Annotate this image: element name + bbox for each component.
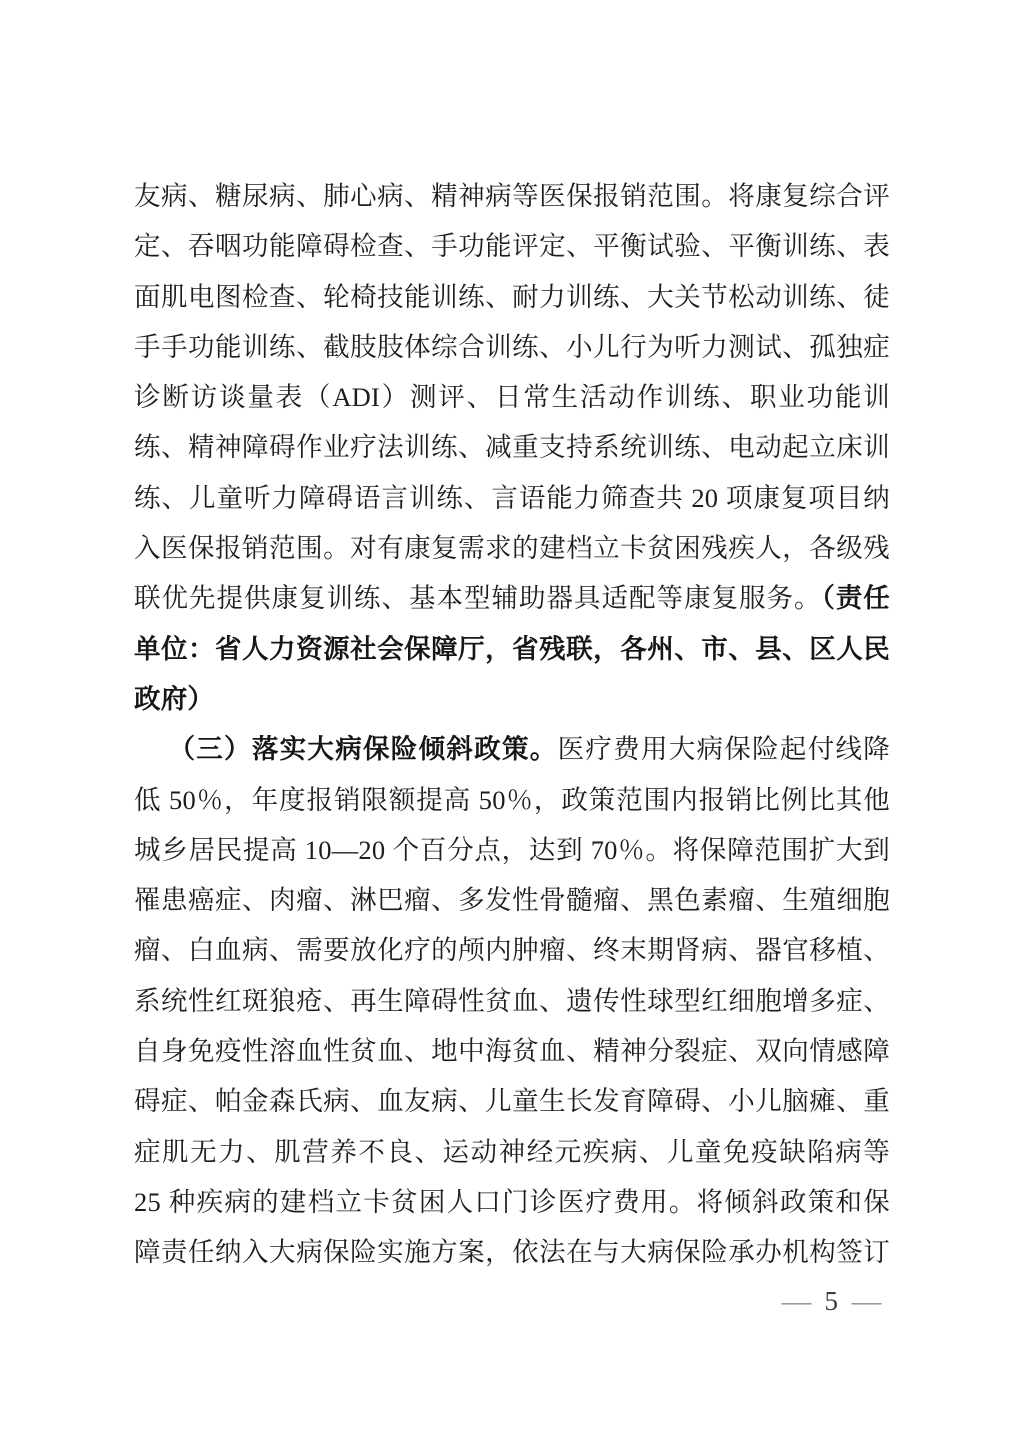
line-text-emphasis: 单位：省人力资源社会保障厅，省残联，各州、市、县、区人民 bbox=[134, 634, 890, 664]
text-line: 瘤、白血病、需要放化疗的颅内肿瘤、终末期肾病、器官移植、 bbox=[134, 925, 890, 975]
text-line: 碍症、帕金森氏病、血友病、儿童生长发育障碍、小儿脑瘫、重 bbox=[134, 1076, 890, 1126]
page-footer: — 5 — bbox=[0, 1286, 1024, 1317]
line-text: 联优先提供康复训练、基本型辅助器具适配等康复服务。 bbox=[134, 583, 822, 613]
text-line-section-heading: （三）落实大病保险倾斜政策。医疗费用大病保险起付线降 bbox=[134, 724, 890, 774]
text-line: 政府） bbox=[134, 674, 890, 724]
text-line: 练、儿童听力障碍语言训练、言语能力筛查共 20 项康复项目纳 bbox=[134, 473, 890, 523]
document-page: 友病、糖尿病、肺心病、精神病等医保报销范围。将康复综合评 定、吞咽功能障碍检查、… bbox=[0, 0, 1024, 1448]
line-text: 碍症、帕金森氏病、血友病、儿童生长发育障碍、小儿脑瘫、重 bbox=[134, 1086, 890, 1116]
text-line: 面肌电图检查、轮椅技能训练、耐力训练、大关节松动训练、徒 bbox=[134, 272, 890, 322]
text-line: 友病、糖尿病、肺心病、精神病等医保报销范围。将康复综合评 bbox=[134, 171, 890, 221]
section-heading-text: （三）落实大病保险倾斜政策。 bbox=[168, 734, 557, 764]
line-text: 25 种疾病的建档立卡贫困人口门诊医疗费用。将倾斜政策和保 bbox=[134, 1187, 890, 1217]
text-line: 联优先提供康复训练、基本型辅助器具适配等康复服务。（责任 bbox=[134, 573, 890, 623]
footer-dash-right: — bbox=[852, 1286, 882, 1317]
text-line: 罹患癌症、肉瘤、淋巴瘤、多发性骨髓瘤、黑色素瘤、生殖细胞 bbox=[134, 875, 890, 925]
text-line: 练、精神障碍作业疗法训练、减重支持系统训练、电动起立床训 bbox=[134, 422, 890, 472]
line-text-emphasis: 政府） bbox=[134, 684, 214, 714]
line-text: 罹患癌症、肉瘤、淋巴瘤、多发性骨髓瘤、黑色素瘤、生殖细胞 bbox=[134, 885, 890, 915]
document-body: 友病、糖尿病、肺心病、精神病等医保报销范围。将康复综合评 定、吞咽功能障碍检查、… bbox=[134, 171, 890, 1278]
page-number: 5 bbox=[825, 1286, 839, 1317]
line-text: 城乡居民提高 10—20 个百分点，达到 70％。将保障范围扩大到 bbox=[134, 835, 890, 865]
text-line: 系统性红斑狼疮、再生障碍性贫血、遗传性球型红细胞增多症、 bbox=[134, 976, 890, 1026]
text-line: 低 50％，年度报销限额提高 50％，政策范围内报销比例比其他 bbox=[134, 775, 890, 825]
line-text: 系统性红斑狼疮、再生障碍性贫血、遗传性球型红细胞增多症、 bbox=[134, 986, 890, 1016]
line-text: 练、儿童听力障碍语言训练、言语能力筛查共 20 项康复项目纳 bbox=[134, 483, 890, 513]
line-text: 医疗费用大病保险起付线降 bbox=[558, 734, 890, 764]
text-line: 入医保报销范围。对有康复需求的建档立卡贫困残疾人，各级残 bbox=[134, 523, 890, 573]
line-text: 障责任纳入大病保险实施方案，依法在与大病保险承办机构签订 bbox=[134, 1237, 890, 1267]
line-text: 定、吞咽功能障碍检查、手功能评定、平衡试验、平衡训练、表 bbox=[134, 231, 890, 261]
text-line: 自身免疫性溶血性贫血、地中海贫血、精神分裂症、双向情感障 bbox=[134, 1026, 890, 1076]
text-line: 症肌无力、肌营养不良、运动神经元疾病、儿童免疫缺陷病等 bbox=[134, 1127, 890, 1177]
text-line: 定、吞咽功能障碍检查、手功能评定、平衡试验、平衡训练、表 bbox=[134, 221, 890, 271]
line-text: 练、精神障碍作业疗法训练、减重支持系统训练、电动起立床训 bbox=[134, 432, 890, 462]
line-text: 诊断访谈量表（ADI）测评、日常生活动作训练、职业功能训 bbox=[134, 382, 890, 412]
text-line: 25 种疾病的建档立卡贫困人口门诊医疗费用。将倾斜政策和保 bbox=[134, 1177, 890, 1227]
footer-dash-left: — bbox=[781, 1286, 811, 1317]
line-text: 低 50％，年度报销限额提高 50％，政策范围内报销比例比其他 bbox=[134, 785, 890, 815]
text-line: 城乡居民提高 10—20 个百分点，达到 70％。将保障范围扩大到 bbox=[134, 825, 890, 875]
text-line: 手手功能训练、截肢肢体综合训练、小儿行为听力测试、孤独症 bbox=[134, 322, 890, 372]
line-text: 症肌无力、肌营养不良、运动神经元疾病、儿童免疫缺陷病等 bbox=[134, 1137, 890, 1167]
line-text: 手手功能训练、截肢肢体综合训练、小儿行为听力测试、孤独症 bbox=[134, 332, 890, 362]
line-text: 自身免疫性溶血性贫血、地中海贫血、精神分裂症、双向情感障 bbox=[134, 1036, 890, 1066]
text-line: 诊断访谈量表（ADI）测评、日常生活动作训练、职业功能训 bbox=[134, 372, 890, 422]
line-text: 友病、糖尿病、肺心病、精神病等医保报销范围。将康复综合评 bbox=[134, 181, 890, 211]
line-text-emphasis: （责任 bbox=[822, 583, 890, 613]
text-line: 单位：省人力资源社会保障厅，省残联，各州、市、县、区人民 bbox=[134, 624, 890, 674]
line-text: 面肌电图检查、轮椅技能训练、耐力训练、大关节松动训练、徒 bbox=[134, 282, 890, 312]
text-line: 障责任纳入大病保险实施方案，依法在与大病保险承办机构签订 bbox=[134, 1227, 890, 1277]
line-text: 入医保报销范围。对有康复需求的建档立卡贫困残疾人，各级残 bbox=[134, 533, 890, 563]
line-text: 瘤、白血病、需要放化疗的颅内肿瘤、终末期肾病、器官移植、 bbox=[134, 935, 890, 965]
